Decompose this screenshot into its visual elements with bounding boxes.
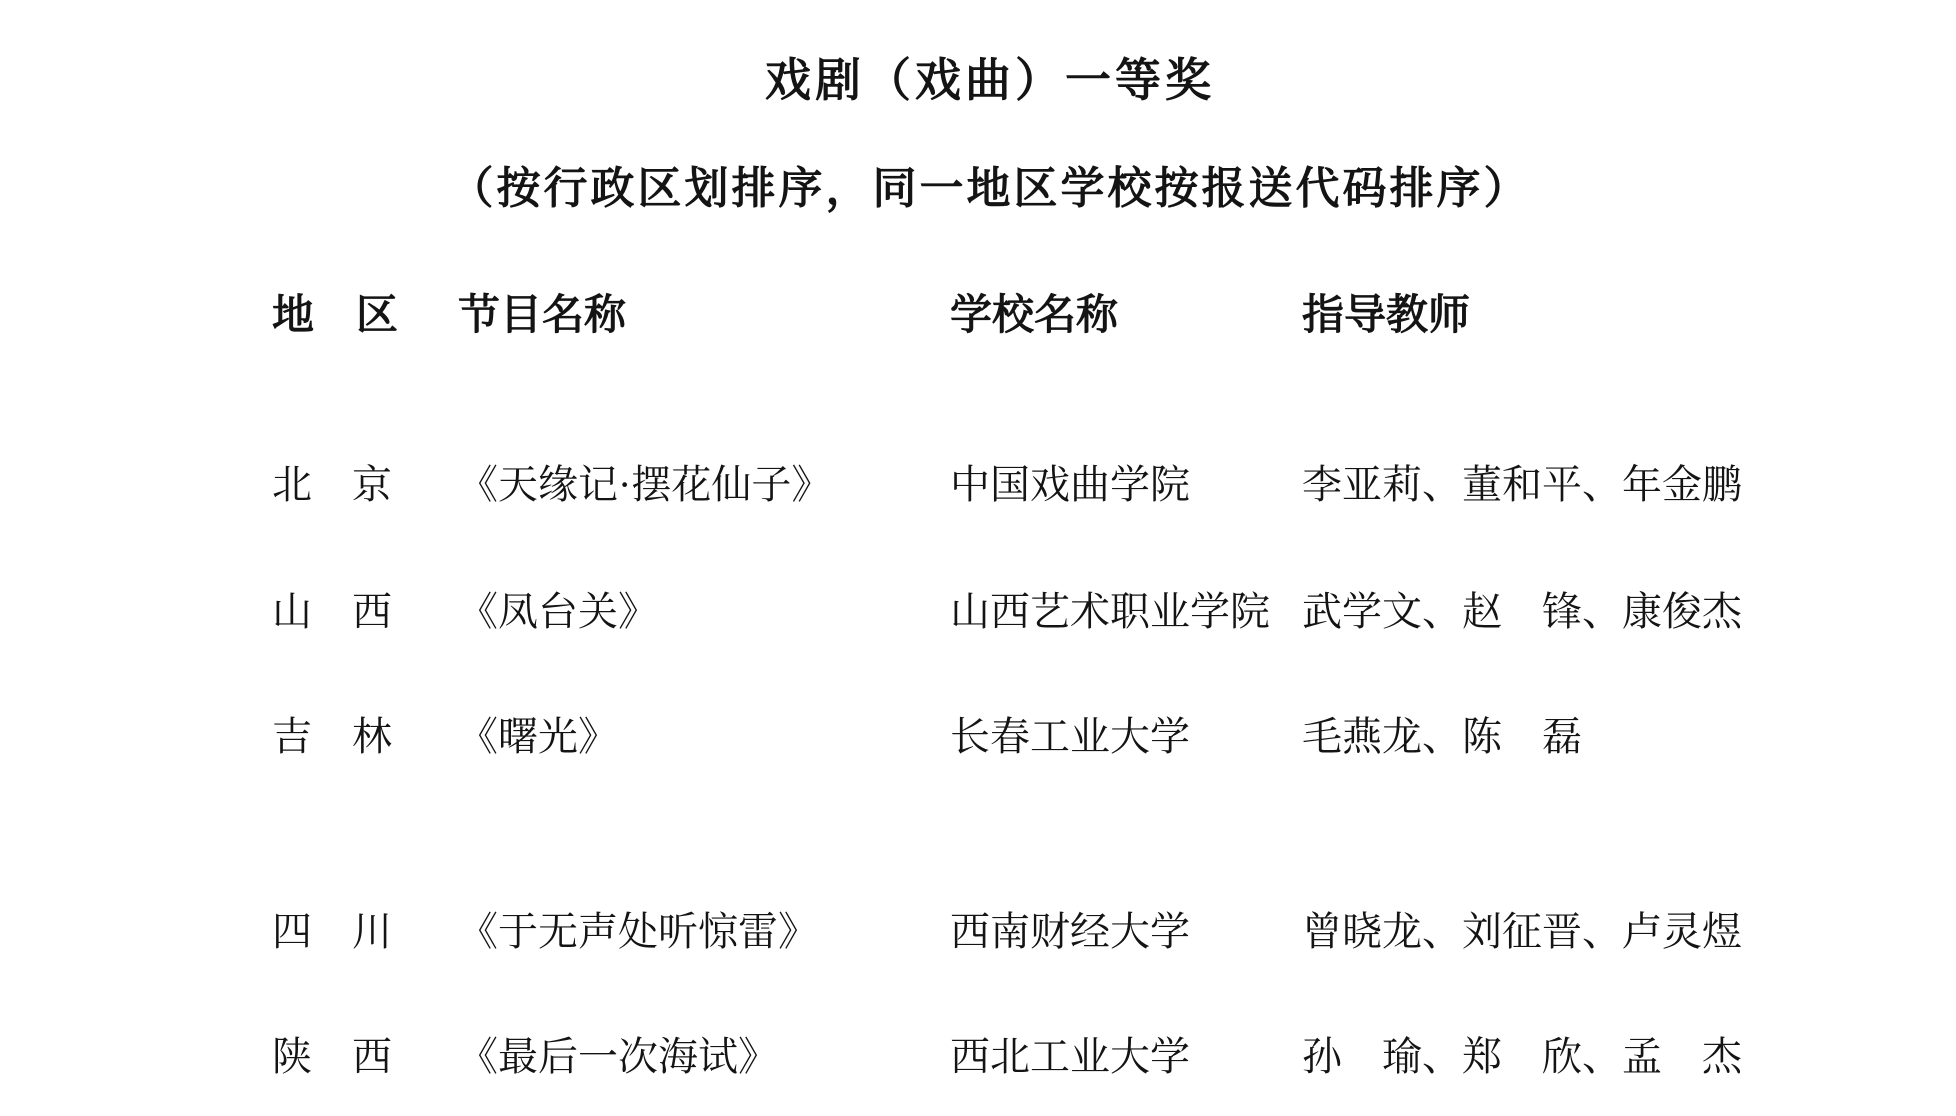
cell-region: 北 京	[272, 462, 458, 508]
cell-teachers: 曾晓龙、刘征晋、卢灵煜	[1302, 909, 1956, 955]
table-row: 陕 西《最后一次海试》西北工业大学孙 瑜、郑 欣、孟 杰	[272, 1034, 1956, 1080]
column-header-school: 学校名称	[950, 292, 1302, 340]
cell-school: 西南财经大学	[950, 909, 1302, 955]
cell-school: 山西艺术职业学院	[950, 589, 1302, 635]
cell-program: 《天缘记·摆花仙子》	[458, 462, 950, 508]
table-row: 山 西《凤台关》山西艺术职业学院武学文、赵 锋、康俊杰	[272, 589, 1956, 635]
cell-program: 《于无声处听惊雷》	[458, 909, 950, 955]
cell-teachers: 武学文、赵 锋、康俊杰	[1302, 589, 1956, 635]
cell-teachers: 孙 瑜、郑 欣、孟 杰	[1302, 1034, 1956, 1080]
column-header-program: 节目名称	[458, 292, 950, 340]
document-page: 戏剧（戏曲）一等奖 （按行政区划排序，同一地区学校按报送代码排序） 地 区节目名…	[0, 0, 1956, 1116]
cell-region: 四 川	[272, 909, 458, 955]
cell-region: 吉 林	[272, 714, 458, 760]
cell-school: 长春工业大学	[950, 714, 1302, 760]
cell-teachers: 李亚莉、董和平、年金鹏	[1302, 462, 1956, 508]
cell-teachers: 毛燕龙、陈 磊	[1302, 714, 1956, 760]
cell-region: 陕 西	[272, 1034, 458, 1080]
cell-program: 《最后一次海试》	[458, 1034, 950, 1080]
table-header-row: 地 区节目名称学校名称指导教师	[272, 292, 1956, 340]
cell-school: 西北工业大学	[950, 1034, 1302, 1080]
column-header-region: 地 区	[272, 292, 458, 340]
cell-region: 山 西	[272, 589, 458, 635]
column-header-teachers: 指导教师	[1302, 292, 1956, 340]
cell-program: 《曙光》	[458, 714, 950, 760]
table-row: 吉 林《曙光》长春工业大学毛燕龙、陈 磊	[272, 714, 1956, 760]
table-row: 北 京《天缘记·摆花仙子》中国戏曲学院李亚莉、董和平、年金鹏	[272, 462, 1956, 508]
award-table: 地 区节目名称学校名称指导教师北 京《天缘记·摆花仙子》中国戏曲学院李亚莉、董和…	[272, 0, 1956, 1116]
table-row: 四 川《于无声处听惊雷》西南财经大学曾晓龙、刘征晋、卢灵煜	[272, 909, 1956, 955]
cell-school: 中国戏曲学院	[950, 462, 1302, 508]
cell-program: 《凤台关》	[458, 589, 950, 635]
